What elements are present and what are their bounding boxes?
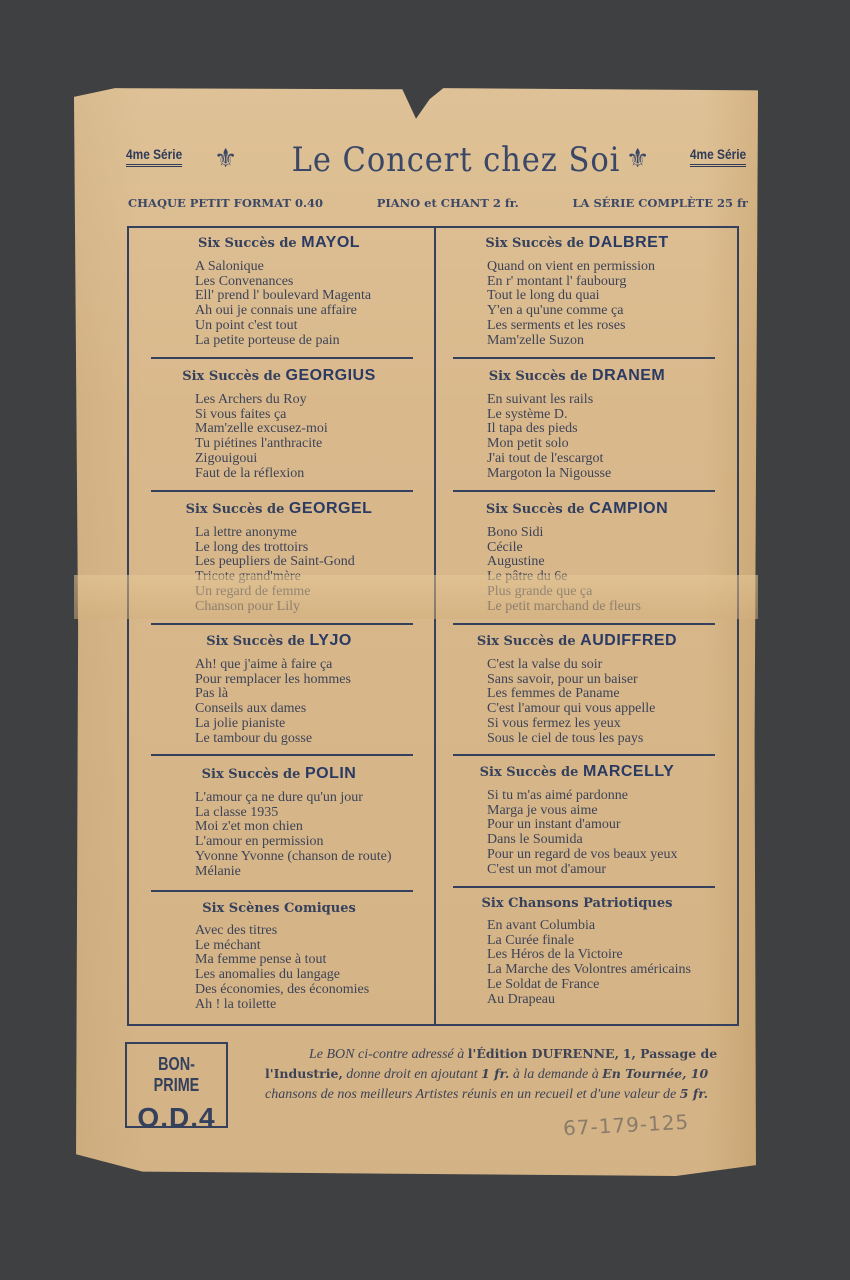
song-item: Faut de la réflexion <box>195 467 409 482</box>
section-dranem: Six Succès de DRANEM En suivant les rail… <box>447 367 707 481</box>
song-item: Y'en a qu'une comme ça <box>487 304 707 319</box>
song-item: Le pâtre du 6e <box>487 570 707 585</box>
price-piano-chant: PIANO et CHANT 2 fr. <box>377 196 519 210</box>
section-campion: Six Succès de CAMPION Bono Sidi Cécile A… <box>447 500 707 614</box>
song-item: Sans savoir, pour un baiser <box>487 673 707 688</box>
section-georgius: Six Succès de GEORGIUS Les Archers du Ro… <box>149 367 409 481</box>
section-heading: Six Succès de AUDIFFRED <box>447 632 707 650</box>
song-item: Si vous faites ça <box>195 408 409 423</box>
song-item: Tu piétines l'anthracite <box>195 437 409 452</box>
song-item: Ah ! la toilette <box>195 998 409 1013</box>
song-item: Tout le long du quai <box>487 289 707 304</box>
song-item: A Salonique <box>195 260 409 275</box>
song-item: Le Soldat de France <box>487 978 707 993</box>
song-item: Les anomalies du langage <box>195 968 409 983</box>
section-divider <box>151 490 413 492</box>
song-item: Ah! que j'aime à faire ça <box>195 658 409 673</box>
page-header: 4me Série ⚜ Le Concert chez Soi ⚜ 4me Sé… <box>126 140 746 190</box>
price-small-format: CHAQUE PETIT FORMAT 0.40 <box>128 196 323 210</box>
song-item: L'amour en permission <box>195 835 409 850</box>
ornament-left-icon: ⚜ <box>214 144 237 174</box>
song-item: C'est la valse du soir <box>487 658 707 673</box>
section-lyjo: Six Succès de LYJO Ah! que j'aime à fair… <box>149 632 409 746</box>
section-mayol: Six Succès de MAYOL A Salonique Les Conv… <box>149 234 409 348</box>
song-item: Pour un regard de vos beaux yeux <box>487 848 707 863</box>
song-item: Cécile <box>487 541 707 556</box>
song-item: La jolie pianiste <box>195 717 409 732</box>
section-divider <box>151 623 413 625</box>
song-item: Ma femme pense à tout <box>195 953 409 968</box>
section-heading: Six Succès de MAYOL <box>149 234 409 252</box>
song-item: Mélanie <box>195 865 409 880</box>
song-item: La Curée finale <box>487 934 707 949</box>
song-item: Conseils aux dames <box>195 702 409 717</box>
song-item: La classe 1935 <box>195 806 409 821</box>
song-item: Ah oui je connais une affaire <box>195 304 409 319</box>
song-item: Des économies, des économies <box>195 983 409 998</box>
coupon-code: O.D.4 <box>127 1102 226 1134</box>
song-item: Marga je vous aime <box>487 804 707 819</box>
song-item: Dans le Soumida <box>487 833 707 848</box>
song-item: Mam'zelle Suzon <box>487 334 707 349</box>
section-heading: Six Scènes Comiques <box>149 901 409 916</box>
section-heading: Six Succès de MARCELLY <box>447 763 707 781</box>
song-item: Ell' prend l' boulevard Magenta <box>195 289 409 304</box>
section-heading: Six Succès de GEORGEL <box>149 500 409 518</box>
song-item: L'amour ça ne dure qu'un jour <box>195 791 409 806</box>
song-item: Bono Sidi <box>487 526 707 541</box>
song-item: Les Archers du Roy <box>195 393 409 408</box>
song-item: Margoton la Nigousse <box>487 467 707 482</box>
song-item: Le tambour du gosse <box>195 732 409 747</box>
bon-prime-coupon: BON-PRIME O.D.4 <box>125 1042 228 1128</box>
section-heading: Six Chansons Patriotiques <box>447 896 707 911</box>
song-item: J'ai tout de l'escargot <box>487 452 707 467</box>
song-item: C'est l'amour qui vous appelle <box>487 702 707 717</box>
song-item: Augustine <box>487 555 707 570</box>
song-item: Le système D. <box>487 408 707 423</box>
section-divider <box>453 754 715 756</box>
section-georgel: Six Succès de GEORGEL La lettre anonyme … <box>149 500 409 614</box>
section-heading: Six Succès de GEORGIUS <box>149 367 409 385</box>
song-item: Un point c'est tout <box>195 319 409 334</box>
price-line: CHAQUE PETIT FORMAT 0.40 PIANO et CHANT … <box>128 196 748 210</box>
section-divider <box>453 490 715 492</box>
section-polin: Six Succès de POLIN L'amour ça ne dure q… <box>149 765 409 879</box>
section-heading: Six Succès de POLIN <box>149 765 409 783</box>
serie-label-right: 4me Série <box>690 146 746 167</box>
song-item: Les femmes de Paname <box>487 687 707 702</box>
song-item: Les serments et les roses <box>487 319 707 334</box>
section-divider <box>151 357 413 359</box>
song-item: Pour un instant d'amour <box>487 818 707 833</box>
ornament-right-icon: ⚜ <box>626 144 649 174</box>
section-chansons-patriotiques: Six Chansons Patriotiques En avant Colum… <box>447 896 707 1007</box>
song-item: Les peupliers de Saint-Gond <box>195 555 409 570</box>
offer-notice: Le BON ci-contre adressé à l'Édition DUF… <box>265 1044 745 1104</box>
section-heading: Six Succès de CAMPION <box>447 500 707 518</box>
section-divider <box>151 890 413 892</box>
song-item: Sous le ciel de tous les pays <box>487 732 707 747</box>
coupon-label: BON-PRIME <box>137 1054 216 1096</box>
song-item: C'est un mot d'amour <box>487 863 707 878</box>
section-divider <box>453 357 715 359</box>
song-item: Mam'zelle excusez-moi <box>195 422 409 437</box>
song-item: Les Convenances <box>195 275 409 290</box>
song-item: Mon petit solo <box>487 437 707 452</box>
song-item: Il tapa des pieds <box>487 422 707 437</box>
section-divider <box>151 754 413 756</box>
song-catalog-grid: Six Succès de MAYOL A Salonique Les Conv… <box>127 226 739 1026</box>
song-item: Le méchant <box>195 939 409 954</box>
song-item: Les Héros de la Victoire <box>487 948 707 963</box>
song-item: En avant Columbia <box>487 919 707 934</box>
section-scenes-comiques: Six Scènes Comiques Avec des titres Le m… <box>149 901 409 1012</box>
serie-label-left: 4me Série <box>126 146 182 167</box>
song-item: La petite porteuse de pain <box>195 334 409 349</box>
publisher-name: l'Édition DUFRENNE, <box>468 1046 619 1061</box>
song-item: Pour remplacer les hommes <box>195 673 409 688</box>
column-divider <box>434 228 436 1024</box>
section-heading: Six Succès de DALBRET <box>447 234 707 252</box>
song-item: Chanson pour Lily <box>195 600 409 615</box>
song-item: Zigouigoui <box>195 452 409 467</box>
price-complete-series: LA SÉRIE COMPLÈTE 25 fr <box>572 196 748 210</box>
song-item: En suivant les rails <box>487 393 707 408</box>
song-item: La lettre anonyme <box>195 526 409 541</box>
section-divider <box>453 886 715 888</box>
song-item: Moi z'et mon chien <box>195 820 409 835</box>
section-divider <box>453 623 715 625</box>
section-dalbret: Six Succès de DALBRET Quand on vient en … <box>447 234 707 348</box>
song-item: Pas là <box>195 687 409 702</box>
song-item: La Marche des Volontres américains <box>487 963 707 978</box>
section-heading: Six Succès de DRANEM <box>447 367 707 385</box>
song-item: Si tu m'as aimé pardonne <box>487 789 707 804</box>
song-item: En r' montant l' faubourg <box>487 275 707 290</box>
song-item: Plus grande que ça <box>487 585 707 600</box>
song-item: Si vous fermez les yeux <box>487 717 707 732</box>
song-item: Tricote grand'mère <box>195 570 409 585</box>
section-heading: Six Succès de LYJO <box>149 632 409 650</box>
song-item: Avec des titres <box>195 924 409 939</box>
song-item: Un regard de femme <box>195 585 409 600</box>
song-item: Au Drapeau <box>487 993 707 1008</box>
section-audiffred: Six Succès de AUDIFFRED C'est la valse d… <box>447 632 707 746</box>
song-item: Le long des trottoirs <box>195 541 409 556</box>
song-item: Yvonne Yvonne (chanson de route) <box>195 850 409 865</box>
song-item: Le petit marchand de fleurs <box>487 600 707 615</box>
song-item: Quand on vient en permission <box>487 260 707 275</box>
page-title: Le Concert chez Soi <box>285 140 627 180</box>
section-marcelly: Six Succès de MARCELLY Si tu m'as aimé p… <box>447 763 707 877</box>
